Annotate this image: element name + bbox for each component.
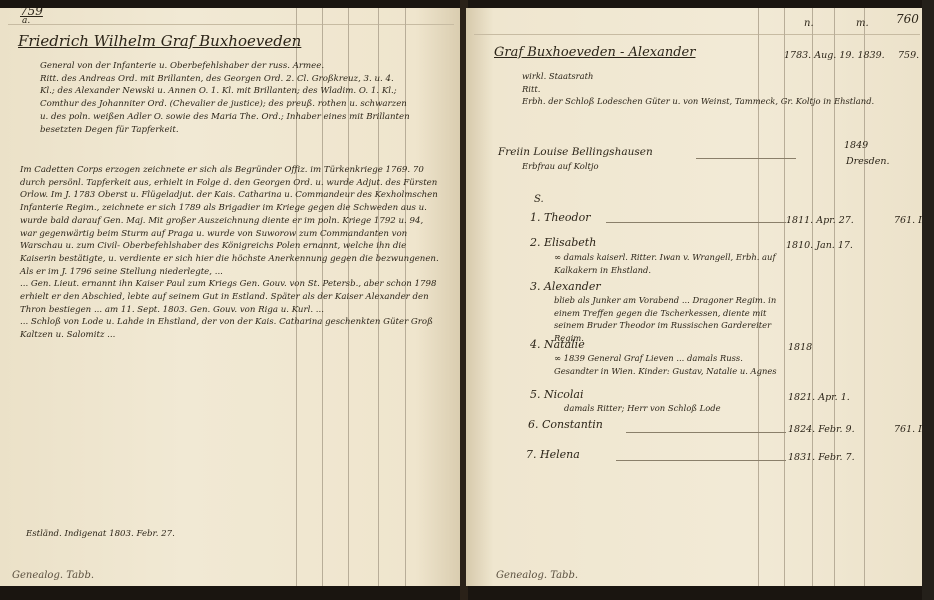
header-rule <box>8 24 454 25</box>
child-1-date: 1811. Apr. 27. <box>786 215 854 226</box>
children-marker: S. <box>534 194 544 205</box>
detail-title: Ritt. <box>522 83 882 96</box>
detail-estates: Erbh. der Schloß Lodeschen Güter u. von … <box>522 95 882 108</box>
spouse-detail: Erbfrau auf Koltjo <box>522 160 599 173</box>
child-6-date: 1824. Febr. 9. <box>788 424 855 435</box>
indigenat-line: Estländ. Indigenat 1803. Febr. 27. <box>26 528 426 541</box>
detail-rank: wirkl. Staatsrath <box>522 70 882 83</box>
child-4-detail: ∞ 1839 General Graf Lieven ... damals Ru… <box>554 352 784 377</box>
child-1-ref: 761. II. <box>894 215 924 226</box>
child-6-ref: 761. III. <box>894 424 924 435</box>
paragraph-career-cont: ... Gen. Lieut. ernannt ihn Kaiser Paul … <box>20 278 440 316</box>
left-page: 759 a. Friedrich Wilhelm Graf Buxhoevede… <box>0 8 463 586</box>
leader-line <box>606 222 786 223</box>
child-2-detail: ∞ damals kaiserl. Ritter. Iwan v. Wrange… <box>554 251 784 276</box>
child-5-date: 1821. Apr. 1. <box>788 392 850 403</box>
leader-line <box>696 158 796 159</box>
spouse-date: 1849 <box>844 140 868 151</box>
child-2-date: 1810. Jan. 17. <box>786 240 853 251</box>
leader-line <box>626 432 786 433</box>
open-ledger-book: 759 a. Friedrich Wilhelm Graf Buxhoevede… <box>0 0 934 600</box>
page-footer: Genealog. Tabb. <box>496 570 578 581</box>
page-footer: Genealog. Tabb. <box>12 570 94 581</box>
child-6-name: 6. Constantin <box>528 418 603 431</box>
entry-biography: Im Cadetten Corps erzogen zeichnete er s… <box>20 164 440 342</box>
entry-title: Friedrich Wilhelm Graf Buxhoeveden <box>18 32 301 50</box>
column-header-married: m. <box>856 18 869 29</box>
paragraph-rank: General von der Infanterie u. Oberbefehl… <box>40 60 410 73</box>
book-edge <box>922 0 934 600</box>
paragraph-career: Im Cadetten Corps erzogen zeichnete er s… <box>20 164 440 278</box>
child-5-detail: damals Ritter; Herr von Schloß Lode <box>564 402 794 415</box>
paragraph-orders: Ritt. des Andreas Ord. mit Brillanten, d… <box>40 73 410 137</box>
spouse-place: Dresden. <box>846 156 890 167</box>
main-entry-dates: 1783. Aug. 19. 1839. <box>784 50 885 61</box>
right-page: n. m. 760 Graf Buxhoeveden - Alexander 1… <box>466 8 924 586</box>
page-number: 760 <box>896 12 919 26</box>
main-entry-name: Graf Buxhoeveden - Alexander <box>494 45 695 60</box>
paragraph-estates: ... Schloß von Lode u. Lahde in Ehstland… <box>20 316 440 341</box>
child-5-name: 5. Nicolai <box>530 388 584 401</box>
child-4-name: 4. Natalie <box>530 338 585 351</box>
column-header-born: n. <box>804 18 814 29</box>
spouse-name: Freiin Louise Bellingshausen <box>498 146 653 158</box>
child-7-date: 1831. Febr. 7. <box>788 452 855 463</box>
child-4-date: 1818 <box>788 342 812 353</box>
page-sub: a. <box>22 16 30 26</box>
header-rule <box>474 34 920 35</box>
child-7-name: 7. Helena <box>526 448 580 461</box>
entry-text-block: General von der Infanterie u. Oberbefehl… <box>40 60 410 136</box>
child-3-name: 3. Alexander <box>530 280 601 293</box>
main-entry-details: wirkl. Staatsrath Ritt. Erbh. der Schloß… <box>522 70 882 108</box>
child-1-name: 1. Theodor <box>530 211 590 224</box>
child-2-name: 2. Elisabeth <box>530 236 596 249</box>
leader-line <box>616 460 786 461</box>
main-entry-ref: 759. <box>898 50 919 61</box>
child-3-detail: blieb als Junker am Vorabend ... Dragone… <box>554 294 784 344</box>
